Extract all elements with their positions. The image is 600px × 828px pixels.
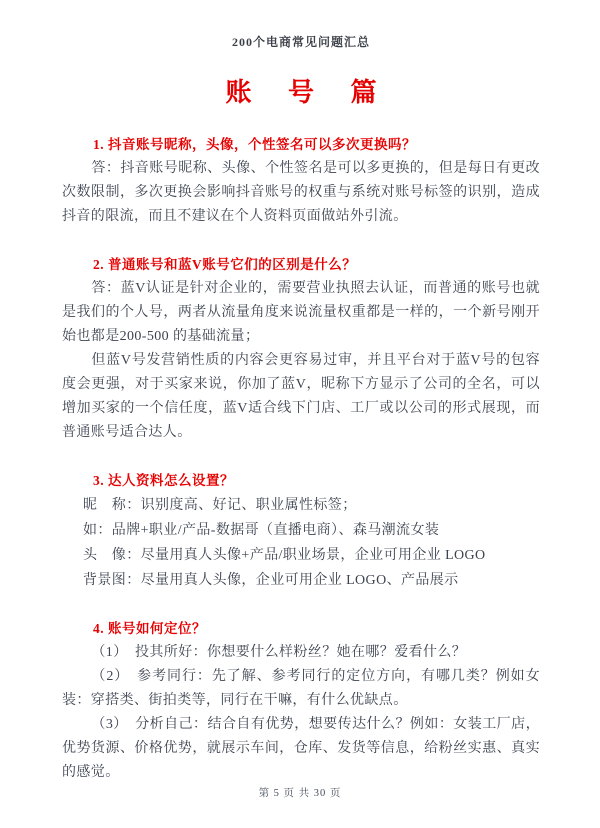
question-heading-3: 3. 达人资料怎么设置？: [62, 469, 540, 489]
positioning-point-3: （3） 分析自己：结合自有优势，想要传达什么？例如：女装工厂店，优势货源、价格优…: [62, 713, 540, 785]
answer-paragraph: 答：蓝V认证是针对企业的，需要营业执照去认证，而普通的账号也就是我们的个人号，两…: [62, 277, 540, 349]
profile-tip-avatar: 头 像：尽量用真人头像+产品/职业场景，企业可用企业 LOGO: [62, 543, 540, 568]
qa-sections: 1. 抖音账号昵称，头像，个性签名可以多次更换吗？ 答：抖音账号昵称、头像、个性…: [62, 133, 540, 785]
answer-paragraph: 答：抖音账号昵称、头像、个性签名是可以多更换的，但是每日有更改次数限制，多次更换…: [62, 157, 540, 229]
qa-section-3: 3. 达人资料怎么设置？ 昵 称：识别度高、好记、职业属性标签； 如：品牌+职业…: [62, 469, 540, 593]
profile-tip-background: 背景图：尽量用真人头像，企业可用企业 LOGO、产品展示: [62, 568, 540, 593]
profile-tip-nickname: 昵 称：识别度高、好记、职业属性标签；: [62, 493, 540, 518]
document-page: 200个电商常见问题汇总 账 号 篇 1. 抖音账号昵称，头像，个性签名可以多次…: [0, 0, 600, 828]
question-heading-2: 2. 普通账号和蓝V账号它们的区别是什么？: [62, 253, 540, 273]
positioning-point-1: （1） 投其所好：你想要什么样粉丝？她在哪？爱看什么？: [62, 641, 540, 665]
document-content: 200个电商常见问题汇总 账 号 篇 1. 抖音账号昵称，头像，个性签名可以多次…: [62, 0, 540, 785]
question-heading-4: 4. 账号如何定位？: [62, 617, 540, 637]
profile-tip-example: 如：品牌+职业/产品-数据哥（直播电商）、森马潮流女装: [62, 518, 540, 543]
page-number: 第 5 页 共 30 页: [0, 785, 600, 800]
qa-section-1: 1. 抖音账号昵称，头像，个性签名可以多次更换吗？ 答：抖音账号昵称、头像、个性…: [62, 133, 540, 229]
qa-section-4: 4. 账号如何定位？ （1） 投其所好：你想要什么样粉丝？她在哪？爱看什么？ （…: [62, 617, 540, 785]
document-title: 200个电商常见问题汇总: [62, 0, 540, 50]
qa-section-2: 2. 普通账号和蓝V账号它们的区别是什么？ 答：蓝V认证是针对企业的，需要营业执…: [62, 253, 540, 445]
question-heading-1: 1. 抖音账号昵称，头像，个性签名可以多次更换吗？: [62, 133, 540, 153]
answer-paragraph: 但蓝V号发营销性质的内容会更容易过审，并且平台对于蓝V号的包容度会更强，对于买家…: [62, 349, 540, 445]
positioning-point-2: （2） 参考同行：先了解、参考同行的定位方向，有哪几类？例如女装：穿搭类、街拍类…: [62, 665, 540, 713]
chapter-title: 账 号 篇: [62, 72, 540, 109]
